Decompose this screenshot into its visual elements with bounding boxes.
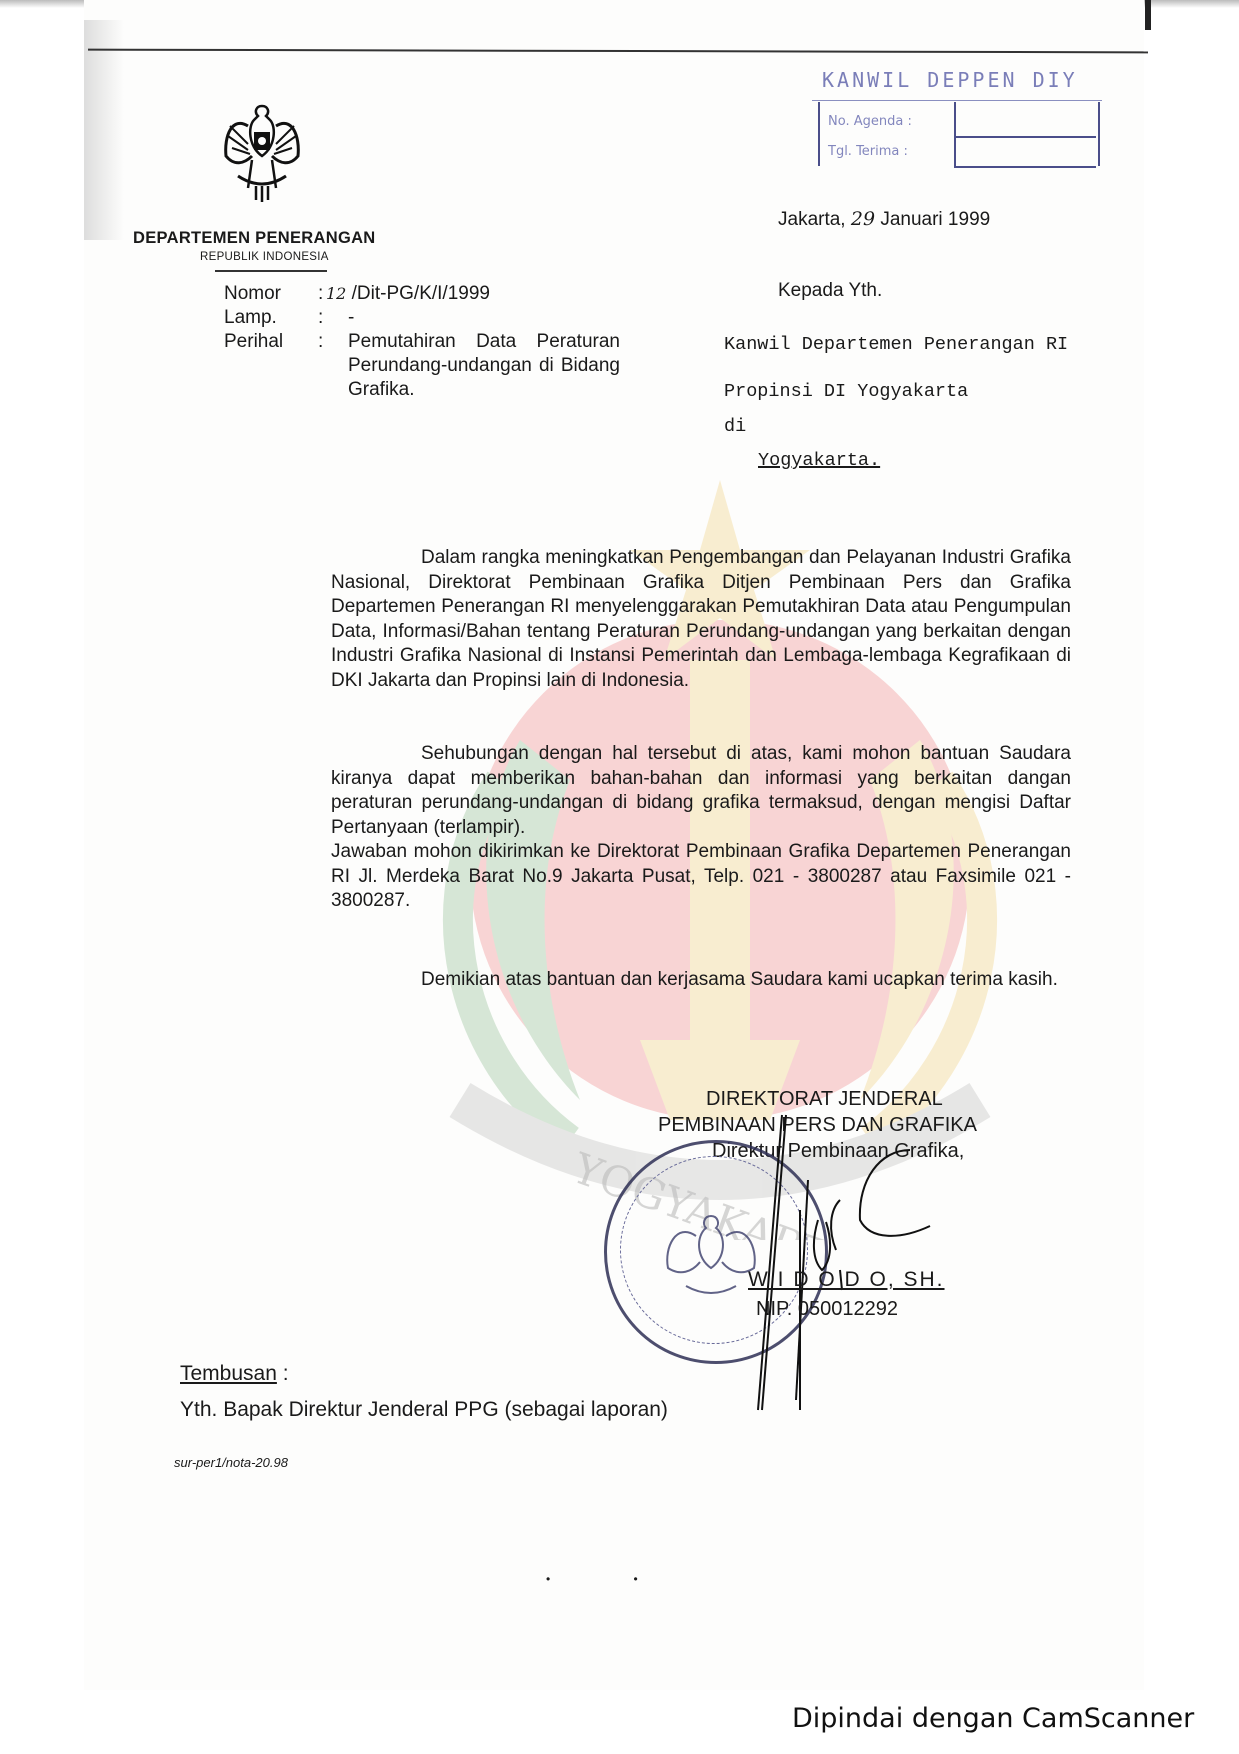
stamp-terima-field <box>956 166 1096 168</box>
date-day: 29 <box>851 208 875 230</box>
tembusan-label: Tembusan <box>180 1362 277 1385</box>
letterhead-rule <box>215 270 327 272</box>
nomor-colon: : <box>318 282 323 306</box>
scan-edge-mark <box>1145 0 1151 30</box>
stamp-terima-label: Tgl. Terima : <box>828 144 908 159</box>
department-country: REPUBLIK INDONESIA <box>200 251 329 263</box>
lamp-colon: : <box>318 306 323 330</box>
recipient-line-3: di <box>724 416 746 437</box>
meta-perihal: Perihal : Pemutahiran Data Peraturan Per… <box>224 330 724 402</box>
signature-org-1: DIREKTORAT JENDERAL <box>640 1086 1000 1112</box>
meta-nomor: Nomor : 12 /Dit-PG/K/I/1999 <box>224 282 724 306</box>
date-month-year: Januari 1999 <box>875 209 990 230</box>
lamp-value: - <box>348 306 648 330</box>
perihal-colon: : <box>318 330 323 354</box>
stamp-title: KANWIL DEPPEN DIY <box>822 68 1078 92</box>
nomor-text: /Dit-PG/K/I/1999 <box>346 283 490 304</box>
body-paragraph-3: Jawaban mohon dikirimkan ke Direktorat P… <box>331 840 1071 914</box>
body-paragraph-1: Dalam rangka meningkatkan Pengembangan d… <box>331 546 1071 693</box>
tembusan-colon: : <box>277 1362 289 1385</box>
nomor-handwritten: 12 <box>326 284 346 303</box>
body-paragraph-4: Demikian atas bantuan dan kerjasama Saud… <box>331 968 1071 993</box>
recipient-line-4: Yogyakarta. <box>758 450 880 471</box>
stamp-agenda-label: No. Agenda : <box>828 114 912 129</box>
nomor-value: 12 /Dit-PG/K/I/1999 <box>326 282 626 306</box>
receipt-stamp: KANWIL DEPPEN DIY No. Agenda : Tgl. Teri… <box>812 64 1104 174</box>
department-name: DEPARTEMEN PENERANGAN <box>133 229 376 248</box>
tembusan-heading: Tembusan : <box>180 1362 289 1386</box>
perihal-label: Perihal <box>224 330 304 354</box>
stamp-agenda-field <box>956 136 1096 138</box>
scanner-footer: Dipindai dengan CamScanner <box>792 1703 1194 1734</box>
date-place: Jakarta, <box>778 209 851 230</box>
scan-shadow <box>84 20 124 240</box>
nomor-label: Nomor <box>224 282 304 306</box>
place-date: Jakarta, 29 Januari 1999 <box>778 208 990 231</box>
stamp-rule <box>812 100 1102 101</box>
recipient-line-1: Kanwil Departemen Penerangan RI <box>724 334 1068 355</box>
signatory-nip: NIP. 050012292 <box>756 1298 898 1321</box>
lamp-label: Lamp. <box>224 306 304 330</box>
garuda-emblem-icon <box>218 96 306 211</box>
tembusan-item: Yth. Bapak Direktur Jenderal PPG (sebaga… <box>180 1398 668 1422</box>
signatory-name: W I D O D O, SH. <box>748 1268 945 1292</box>
meta-lamp: Lamp. : - <box>224 306 724 330</box>
reference-code: sur-per1/nota-20.98 <box>174 1455 288 1470</box>
perihal-value: Pemutahiran Data Peraturan Perundang-und… <box>348 330 620 402</box>
handwritten-signature-icon <box>700 1110 960 1420</box>
scan-specks: • • <box>546 1572 678 1586</box>
stamp-divider <box>954 102 956 168</box>
recipient-salutation: Kepada Yth. <box>778 280 882 302</box>
body-paragraph-2: Sehubungan dengan hal tersebut di atas, … <box>331 742 1071 840</box>
recipient-line-2: Propinsi DI Yogyakarta <box>724 381 968 402</box>
